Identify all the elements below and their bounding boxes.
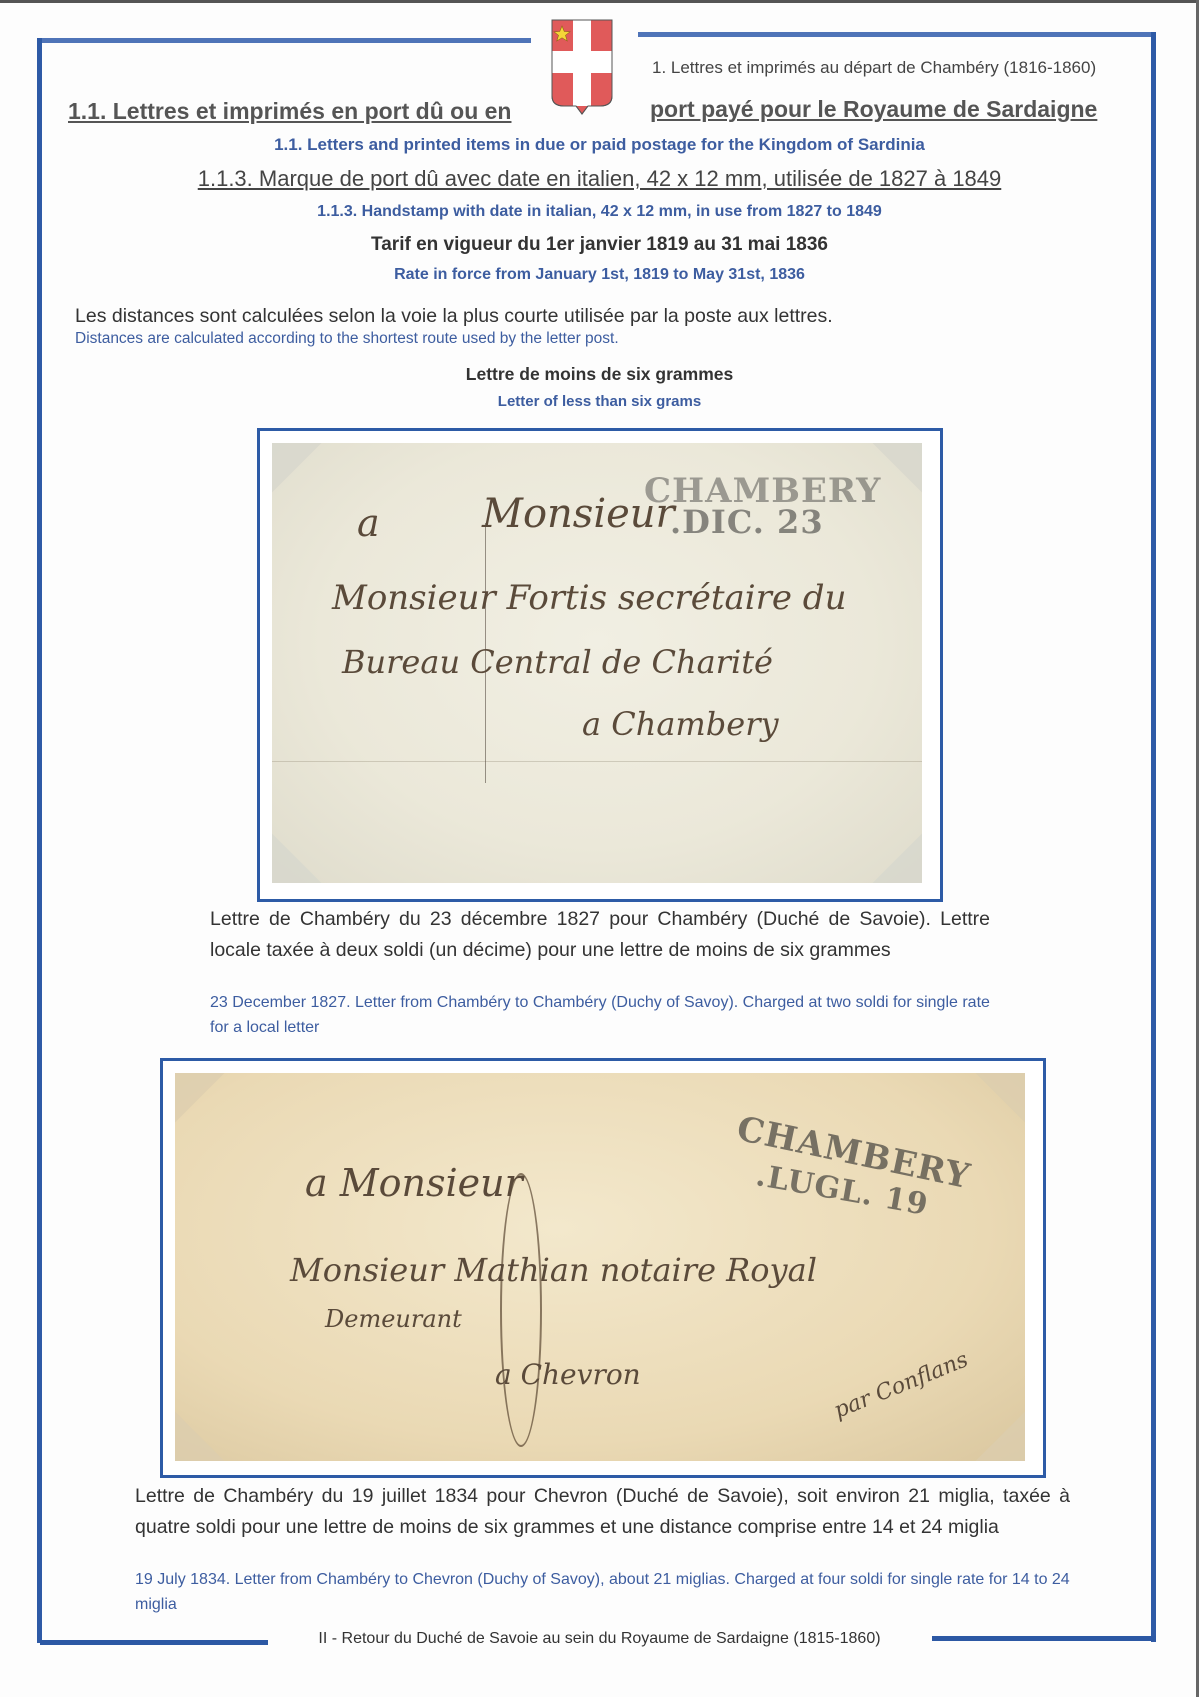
- cover-2-caption-fr: Lettre de Chambéry du 19 juillet 1834 po…: [135, 1481, 1070, 1543]
- address-line: a Chevron: [495, 1358, 641, 1391]
- weight-class-en: Letter of less than six grams: [0, 393, 1199, 410]
- subheading-fr: 1.1.3. Marque de port dû avec date en it…: [0, 166, 1199, 192]
- distance-note-en: Distances are calculated according to th…: [75, 330, 619, 348]
- address-line: a Chambery: [582, 705, 779, 743]
- heading-fr-right: port payé pour le Royaume de Sardaigne: [650, 96, 1097, 123]
- address-line: par Conflans: [830, 1347, 971, 1423]
- address-line: Monsieur Fortis secrétaire du: [332, 578, 846, 618]
- letter-paper: CHAMBERY .LUGL. 19 a Monsieur Monsieur M…: [175, 1073, 1025, 1461]
- letter-paper: CHAMBERY .DIC. 23 a Monsieur Monsieur Fo…: [272, 443, 922, 883]
- address-line: a: [357, 501, 380, 545]
- page-frame-top-right: [638, 32, 1156, 37]
- cover-image-1827: CHAMBERY .DIC. 23 a Monsieur Monsieur Fo…: [257, 428, 943, 902]
- heading-en: 1.1. Letters and printed items in due or…: [0, 135, 1199, 155]
- page-frame-top-left: [37, 38, 531, 43]
- cover-1-caption-en: 23 December 1827. Letter from Chambéry t…: [210, 990, 1010, 1040]
- cover-1-caption-fr: Lettre de Chambéry du 23 décembre 1827 p…: [210, 904, 990, 966]
- scan-edge-top: [0, 0, 1199, 3]
- cover-image-1834: CHAMBERY .LUGL. 19 a Monsieur Monsieur M…: [160, 1058, 1046, 1478]
- savoy-shield-icon: [550, 18, 614, 118]
- address-line: Bureau Central de Charité: [342, 643, 773, 681]
- cover-2-caption-en: 19 July 1834. Letter from Chambéry to Ch…: [135, 1567, 1085, 1617]
- rate-period-fr: Tarif en vigueur du 1er janvier 1819 au …: [0, 234, 1199, 256]
- weight-class-fr: Lettre de moins de six grammes: [0, 364, 1199, 385]
- heading-fr-left: 1.1. Lettres et imprimés en port dû ou e…: [68, 98, 511, 125]
- rate-period-en: Rate in force from January 1st, 1819 to …: [0, 266, 1199, 284]
- section-title: 1. Lettres et imprimés au départ de Cham…: [652, 58, 1096, 78]
- page-footer: II - Retour du Duché de Savoie au sein d…: [0, 1630, 1199, 1648]
- distance-note-fr: Les distances sont calculées selon la vo…: [75, 305, 833, 328]
- postmark-date: .DIC. 23: [670, 503, 824, 541]
- address-line: Monsieur: [482, 491, 675, 537]
- address-line: a Monsieur: [305, 1161, 523, 1205]
- subheading-en: 1.1.3. Handstamp with date in italian, 4…: [0, 203, 1199, 221]
- address-line: Demeurant: [325, 1305, 462, 1333]
- address-line: Monsieur Mathian notaire Royal: [290, 1251, 817, 1289]
